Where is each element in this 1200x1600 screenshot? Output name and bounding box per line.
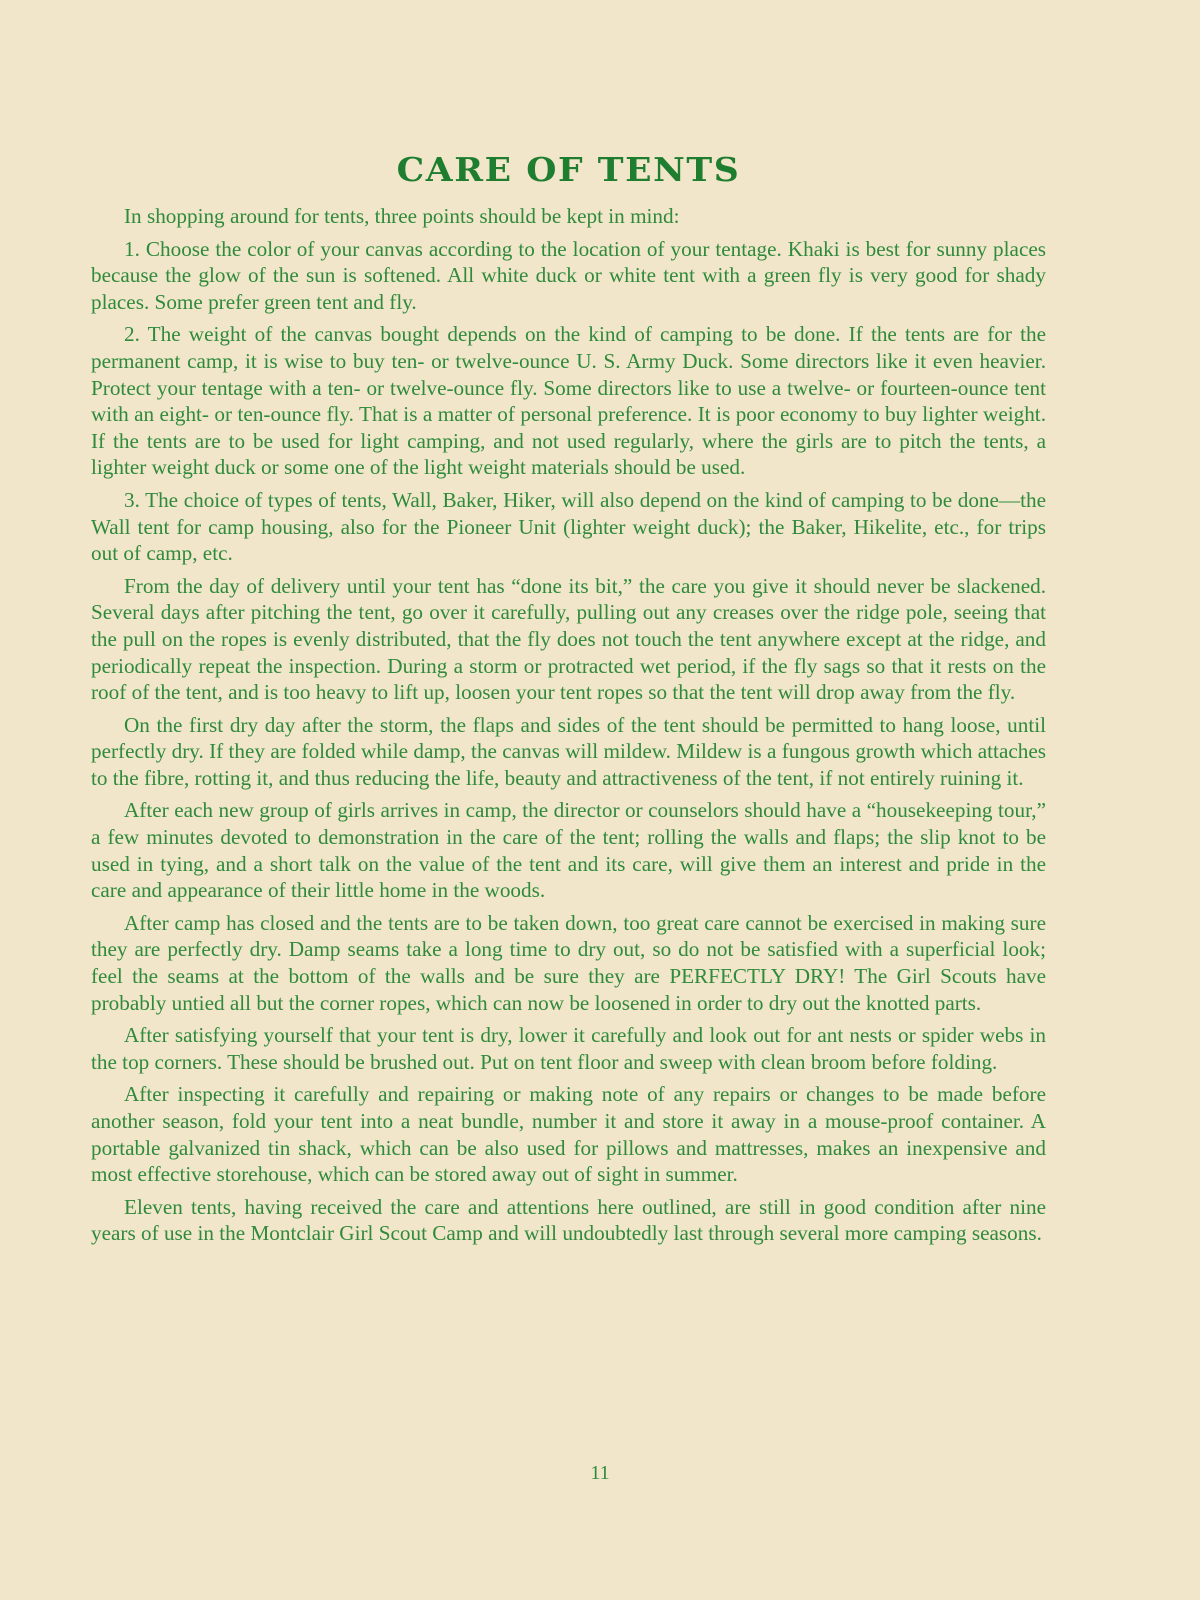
conclusion-paragraph: Eleven tents, having received the care a…	[91, 1194, 1046, 1247]
storage-paragraph: After inspecting it carefully and repair…	[91, 1081, 1046, 1187]
housekeeping-paragraph: After each new group of girls arrives in…	[91, 797, 1046, 903]
point-3-paragraph: 3. The choice of types of tents, Wall, B…	[91, 487, 1046, 567]
page-number: 11	[0, 1462, 1200, 1485]
point-1-paragraph: 1. Choose the color of your canvas accor…	[91, 236, 1046, 316]
takedown-paragraph: After camp has closed and the tents are …	[91, 910, 1046, 1016]
lowering-paragraph: After satisfying yourself that your tent…	[91, 1022, 1046, 1075]
document-page: CARE OF TENTS In shopping around for ten…	[91, 150, 1046, 1247]
point-2-paragraph: 2. The weight of the canvas bought depen…	[91, 321, 1046, 481]
page-title: CARE OF TENTS	[67, 150, 1070, 189]
drying-paragraph: On the first dry day after the storm, th…	[91, 712, 1046, 792]
intro-paragraph: In shopping around for tents, three poin…	[91, 203, 1046, 230]
care-paragraph: From the day of delivery until your tent…	[91, 573, 1046, 706]
